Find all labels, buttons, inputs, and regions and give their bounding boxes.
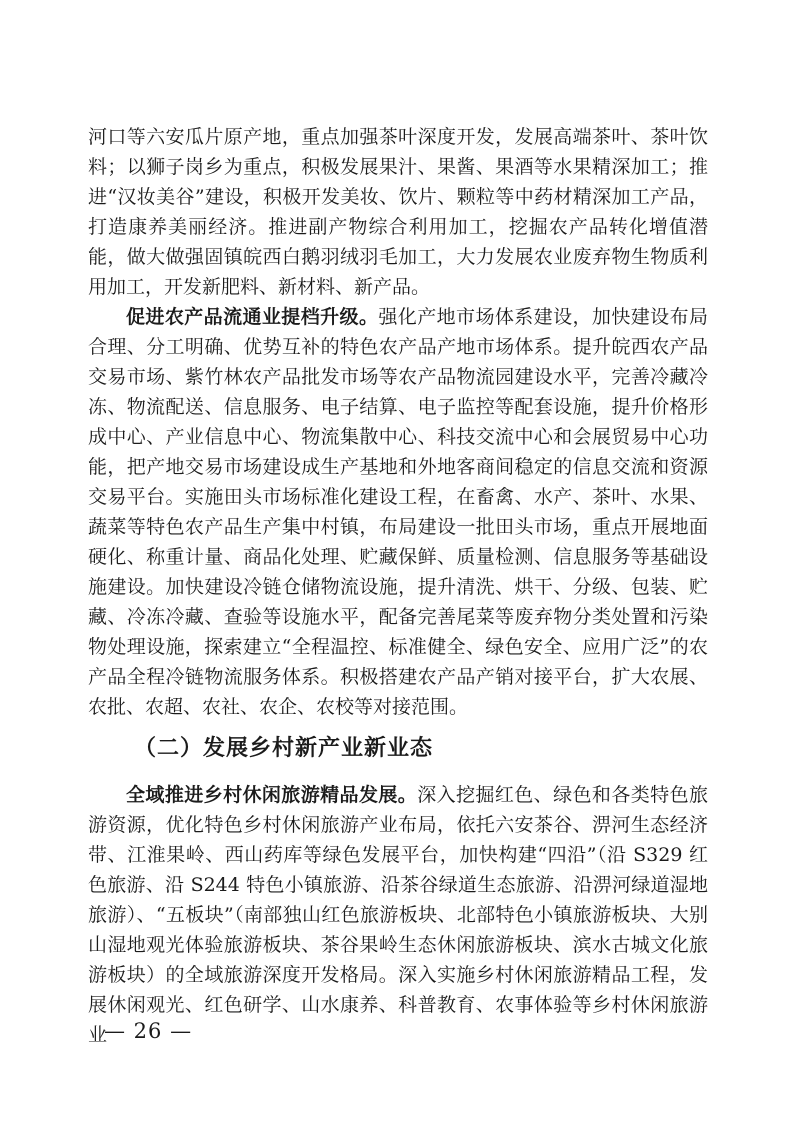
section-heading: （二）发展乡村新产业新业态: [88, 734, 708, 764]
paragraph-text: 强化产地市场体系建设，加快建设布局合理、分工明确、优势互补的特色农产品产地市场体…: [88, 306, 708, 718]
document-page: 河口等六安瓜片原产地，重点加强茶叶深度开发，发展高端茶叶、茶叶饮料；以狮子岗乡为…: [0, 0, 793, 1122]
body-paragraph-continuation: 河口等六安瓜片原产地，重点加强茶叶深度开发，发展高端茶叶、茶叶饮料；以狮子岗乡为…: [88, 122, 708, 302]
paragraph-lead-bold: 全域推进乡村休闲旅游精品发展。: [126, 784, 417, 806]
body-paragraph-circulation-upgrade: 促进农产品流通业提档升级。强化产地市场体系建设，加快建设布局合理、分工明确、优势…: [88, 302, 708, 722]
page-number: — 26 —: [104, 1018, 192, 1044]
body-paragraph-rural-tourism: 全域推进乡村休闲旅游精品发展。深入挖掘红色、绿色和各类特色旅游资源，优化特色乡村…: [88, 780, 708, 1050]
paragraph-text: 深入挖掘红色、绿色和各类特色旅游资源，优化特色乡村休闲旅游产业布局，依托六安茶谷…: [88, 784, 708, 1046]
paragraph-lead-bold: 促进农产品流通业提档升级。: [126, 306, 378, 328]
document-content: 河口等六安瓜片原产地，重点加强茶叶深度开发，发展高端茶叶、茶叶饮料；以狮子岗乡为…: [88, 122, 708, 1050]
